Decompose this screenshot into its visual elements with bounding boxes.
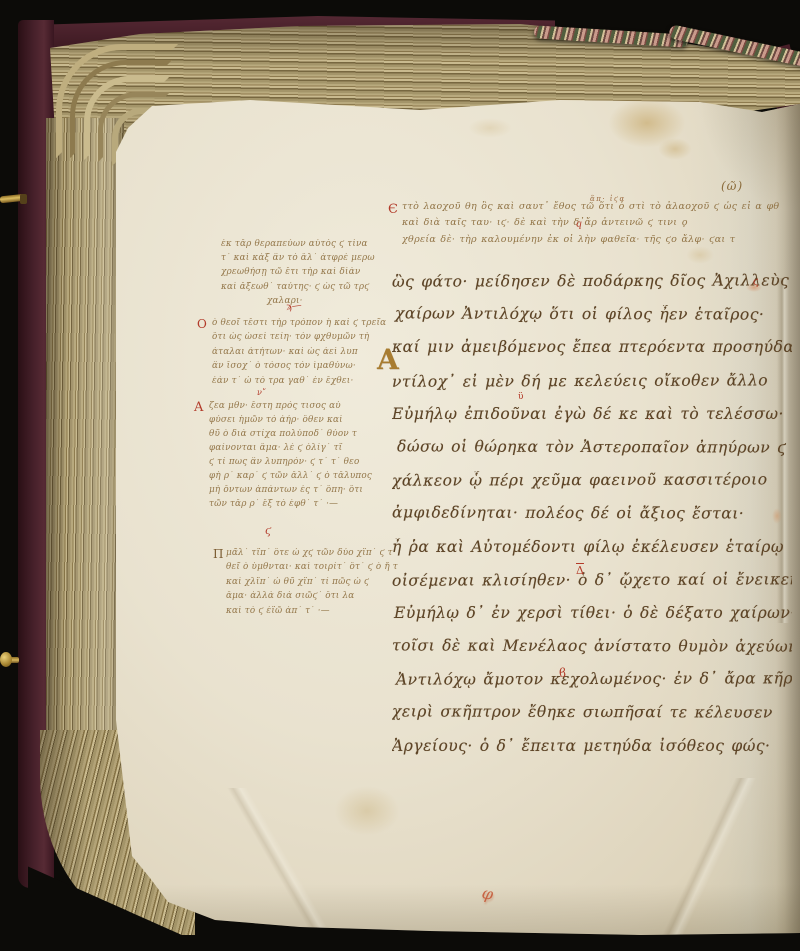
main-text-block: ὣς φάτο· μείδησεν δὲ ποδάρκης δῖος Ἀχιλλ…: [392, 272, 792, 770]
margin-rubric-mark: ν῎: [257, 388, 266, 397]
scholia-line: ττὸ λαοχοῦ θη ὃς καὶ σαυτ᾽ ἔθος τῶ ὅτι ὁ…: [402, 201, 784, 217]
margin-note-line: ἂν ἴσοχ᾽ ὁ τόσος τόν ἱμαθύνω·: [212, 361, 392, 375]
clasp-pin-top: [0, 190, 30, 210]
main-text-line: οἰσέμεναι κλισίηθεν· ὁ δ᾽ ᾤχετο καί οἱ ἔ…: [392, 570, 792, 605]
margin-scholia-block-4: μᾶλ᾽ τϊπ᾽ ὅτε ὦ χϛ τῶν δύο χϊπ᾽ ϛ τθεῖ ὁ…: [226, 548, 398, 620]
margin-rubric-initial-a: Α: [194, 400, 203, 415]
margin-note-line: καὶ τὸ ϛ ἐϊῶ ἀπ᾽ τ᾽ ·—: [226, 606, 398, 620]
manuscript-photo: (ῶ) ἅπ· ἰϛα Є ττὸ λαοχοῦ θη ὃς καὶ σαυτ᾽…: [0, 0, 800, 951]
main-text-line: ντίλοχ᾽ εἰ μὲν δή με κελεύεις οἴκοθεν ἄλ…: [392, 371, 792, 406]
margin-scholia-block-1: ἐκ τἄρ θεραπεύων αὐτὸς ϛ τἰνατ᾽ καὶ κἀξ …: [221, 239, 401, 310]
stain: [658, 138, 692, 160]
margin-note-line: χαλαρι·: [221, 296, 401, 310]
margin-note-line: μὴ ὄντων ἁπάντων ἐς τ᾽ ὅπη· ὅτι: [209, 485, 389, 499]
margin-note-line: ζεα μθν· ἔστη πρός τισος αὖ: [209, 401, 389, 415]
margin-note-line: θῦ ὁ διὰ στίχα πολύποδ᾽ θύον τ: [209, 429, 389, 443]
main-text-line: ἀμφιδεδίνηται· πολέος δέ οἱ ἄξιος ἔσται·: [392, 504, 792, 538]
rubric-mark: ϐ: [559, 666, 566, 680]
main-text-line: Ἀντιλόχῳ ἄμοτον κεχολωμένος· ἐν δ᾽ ἄρα κ…: [392, 670, 792, 705]
main-text-line: τοῖσι δὲ καὶ Μενέλαος ἀνίστατο θυμὸν ἀχε…: [392, 636, 792, 670]
clasp-pin-bottom: [0, 644, 26, 674]
page-edges-fore-edge: [46, 118, 124, 768]
margin-note-line: θεῖ ὁ ὑμθνται· καὶ τοιρίτ᾽ ὅτ᾽ ϛ ὁ ἤ τ: [226, 562, 398, 576]
scholia-line: καὶ διὰ ταῖς ταυ· ιϛ· δὲ καὶ τὴν δ᾽ἄρ ἀν…: [402, 217, 784, 233]
main-text-line: Εὐμήλῳ ἐπιδοῦναι ἐγὼ δέ κε καὶ τὸ τελέσσ…: [392, 405, 792, 438]
margin-scholia-block-3: ζεα μθν· ἔστη πρός τισος αὖφύσει ἡμῶν τὸ…: [209, 401, 389, 513]
margin-note-line: ὅτι ὡς ὡσεὶ τείη· τὸν φχθυμῶν τὴ: [212, 332, 392, 346]
main-text-line: ὣς φάτο· μείδησεν δὲ ποδάρκης δῖος Ἀχιλλ…: [392, 271, 792, 306]
rubric-mark: ϋ: [518, 392, 523, 402]
scholia-rubric-initial: Є: [388, 202, 398, 217]
rubric-mark: Δ: [576, 564, 584, 577]
scholia-line: χθρεία δὲ· τὴρ καλουμένην ἐκ οἱ λὴν φαθε…: [402, 234, 784, 250]
margin-note-line: χρεωθήσῃ τῶ ἔτι τὴρ καὶ δἰὰν: [221, 267, 401, 281]
margin-rubric-initial-o: Ο: [197, 317, 207, 331]
margin-note-line: ϛ τί πως ἂν λυπηρόν· ϛ τ᾽ τ᾽ θεο: [209, 457, 389, 471]
margin-note-line: φαίνονται ἅμα· λέ ϛ ὀλίγ᾽ τϊ: [209, 443, 389, 457]
fold-crease: [176, 788, 376, 938]
margin-note-line: ἐκ τἄρ θεραπεύων αὐτὸς ϛ τἰνα: [221, 239, 401, 253]
main-text-line: χάλκεον ᾧ πέρι χεῦμα φαεινοῦ κασσιτέροιο: [392, 470, 792, 505]
margin-note-line: μᾶλ᾽ τϊπ᾽ ὅτε ὦ χϛ τῶν δύο χϊπ᾽ ϛ τ: [226, 548, 398, 562]
margin-rubric-divider: ϡ—: [285, 300, 302, 313]
main-text-line: χειρὶ σκῆπτρον ἔθηκε σιωπῆσαί τε κέλευσε…: [392, 703, 792, 737]
rubric-mark: ·: [648, 415, 651, 425]
margin-rubric-mark: ϛ: [265, 524, 271, 537]
margin-note-line: φύσει ἡμῶν τὸ ἀήρ· ὅθεν καὶ: [209, 415, 389, 429]
red-ink-smudge: [772, 508, 782, 524]
main-text-line: ἦ ῥα καὶ Αὐτομέδοντι φίλῳ ἐκέλευσεν ἑταί…: [392, 538, 792, 571]
top-scholia-block: ττὸ λαοχοῦ θη ὃς καὶ σαυτ᾽ ἔθος τῶ ὅτι ὁ…: [402, 201, 784, 250]
margin-note-line: καὶ χλϊπ᾽ ὦ θῦ χϊπ᾽ τί πῶς ὦ ϛ: [226, 577, 398, 591]
main-text-line: καί μιν ἀμειβόμενος ἔπεα πτερόεντα προση…: [392, 338, 792, 371]
margin-note-line: τῶν τἄρ ρ᾽ ἔξ τὸ ἐφθ᾽ τ᾽ ·—: [209, 499, 389, 513]
quire-mark: (ῶ): [721, 179, 743, 193]
margin-note-line: φὴ ρ᾽ καρ᾽ ϛ τῶν ἄλλ᾽ ϛ ὁ τἄλυπος: [209, 471, 389, 485]
margin-note-line: ἅμα· ἀλλὰ διὰ σιῶϛ᾽ ὅτι λα: [226, 591, 398, 605]
margin-scholia-block-2: ὁ θεοῖ τἔστι τὴρ τρόπον ἡ καὶ ϛ τρεῖαὅτι…: [212, 318, 392, 390]
clasp-knob: [0, 652, 12, 667]
margin-note-line: ἐάν τ᾽ ὦ τὸ τρα γαθ᾽ ἐν ἔχθει·: [212, 376, 392, 390]
main-text-line: Εὐμήλῳ δ᾽ ἐν χερσὶ τίθει· ὁ δὲ δέξατο χα…: [392, 604, 792, 637]
fold-crease: [588, 778, 800, 938]
margin-note-line: καὶ ἄξεωθ᾽ ταύτης· ϛ ὡς τῶ τρϛ: [221, 282, 401, 296]
main-text-line: δώσω οἱ θώρηκα τὸν Ἀστεροπαῖον ἀπηύρων ϛ: [392, 437, 792, 471]
main-text-line: χαίρων Ἀντιλόχῳ ὅτι οἱ φίλος ἦεν ἑταῖρος…: [392, 305, 792, 339]
margin-note-line: τ᾽ καὶ κἀξ ἂν τὸ ἅλ᾽ ἀτφρέ μερω: [221, 253, 401, 267]
red-ink-smudge: [746, 283, 762, 292]
main-text-line: Ἀργείους· ὁ δ᾽ ἔπειτα μετηύδα ἰσόθεος φώ…: [392, 737, 792, 770]
stain: [468, 118, 512, 138]
margin-note-line: ὁ θεοῖ τἔστι τὴρ τρόπον ἡ καὶ ϛ τρεῖα: [212, 318, 392, 332]
scholia-rubric-pilcrow: ϥ: [576, 219, 582, 232]
clasp-cap: [20, 194, 27, 204]
margin-initial-p: Π: [213, 547, 223, 561]
margin-note-line: ἀταλαι ἀτήτων· καὶ ὡς ἀεὶ λυπ: [212, 347, 392, 361]
